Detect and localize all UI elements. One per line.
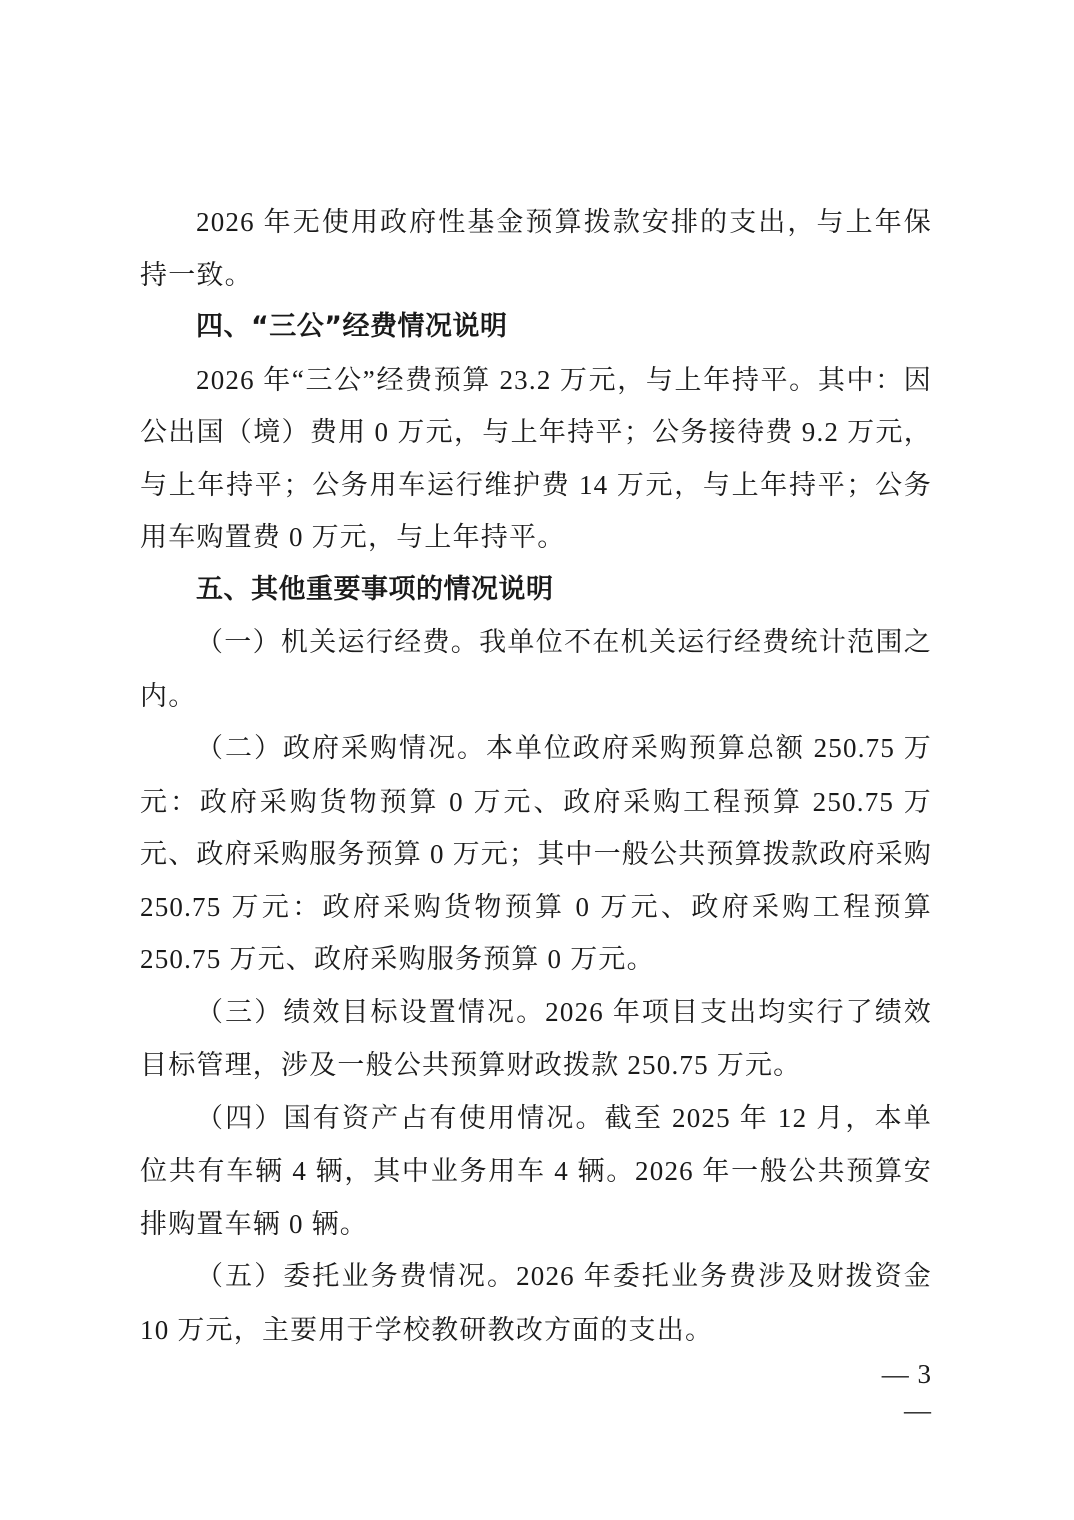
item-text: 本单位政府采购预算总额 250.75 万元：政府采购货物预算 0 万元、政府采购…	[140, 733, 932, 974]
item-state-assets: （四）国有资产占有使用情况。截至 2025 年 12 月，本单位共有车辆 4 辆…	[140, 1092, 932, 1251]
document-page: 2026 年无使用政府性基金预算拨款安排的支出，与上年保持一致。 四、“三公”经…	[140, 196, 932, 1356]
item-entrusted-business-expenses: （五）委托业务费情况。2026 年委托业务费涉及财拨资金 10 万元，主要用于学…	[140, 1250, 932, 1356]
item-label: （二）政府采购情况。	[196, 733, 486, 764]
item-office-operating-expenses: （一）机关运行经费。我单位不在机关运行经费统计范围之内。	[140, 616, 932, 722]
item-government-procurement: （二）政府采购情况。本单位政府采购预算总额 250.75 万元：政府采购货物预算…	[140, 722, 932, 986]
item-label: （三）绩效目标设置情况。	[196, 997, 545, 1028]
section-heading-other-matters: 五、其他重要事项的情况说明	[140, 564, 932, 617]
item-performance-targets: （三）绩效目标设置情况。2026 年项目支出均实行了绩效目标管理，涉及一般公共预…	[140, 986, 932, 1092]
item-label: （五）委托业务费情况。	[196, 1261, 516, 1292]
item-label: （一）机关运行经费。	[196, 627, 479, 658]
item-label: （四）国有资产占有使用情况。	[196, 1103, 605, 1134]
section-heading-three-public-expenses: 四、“三公”经费情况说明	[140, 301, 932, 354]
paragraph-fund-budget: 2026 年无使用政府性基金预算拨款安排的支出，与上年保持一致。	[140, 196, 932, 301]
paragraph-three-public-expenses: 2026 年“三公”经费预算 23.2 万元，与上年持平。其中：因公出国（境）费…	[140, 354, 932, 564]
page-number: — 3 —	[852, 1356, 932, 1428]
